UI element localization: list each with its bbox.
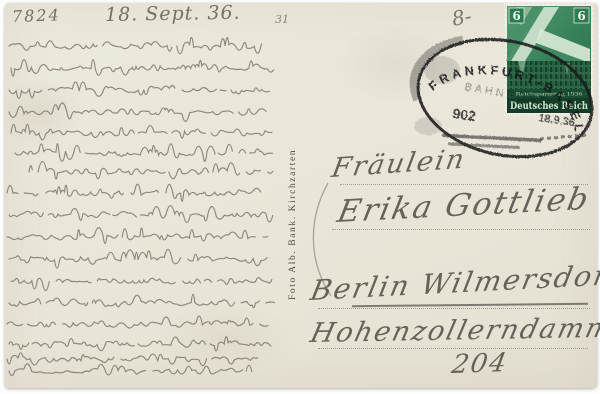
address-dotted-line	[318, 348, 588, 349]
postmark-train-number: 902	[452, 105, 478, 124]
handwritten-message-line	[9, 249, 267, 268]
handwritten-message-line	[7, 353, 258, 366]
handwritten-message-line	[29, 162, 273, 179]
address-house-number: 204	[449, 348, 510, 380]
pencil-number: 7824	[12, 5, 61, 26]
postmark-bar	[448, 142, 520, 149]
handwritten-message-line	[9, 337, 271, 351]
handwritten-message-line	[9, 206, 273, 223]
pencil-date: 18. Sept. 36.	[105, 2, 241, 26]
address-street: Hohenzollerndamm	[307, 313, 600, 349]
pen-underline	[352, 303, 588, 307]
handwritten-message-line	[9, 82, 269, 98]
address-dotted-line	[332, 229, 590, 230]
paper-stain	[0, 78, 85, 148]
postmark: FRANKFURT-BASEL BAHNPOST 902 18.9.36	[390, 18, 600, 178]
address-recipient-name: Erika Gottlieb	[334, 181, 593, 230]
handwritten-message-line	[11, 124, 272, 140]
handwritten-message-line	[11, 60, 274, 77]
handwritten-message-line	[7, 184, 261, 201]
pencil-small-number: 31	[275, 13, 289, 26]
postmark-smudge-blob	[414, 117, 442, 135]
handwritten-message-line	[11, 278, 272, 291]
handwritten-message-line	[7, 316, 268, 328]
handwritten-message-line	[9, 364, 252, 376]
handwritten-message-line	[9, 294, 275, 308]
handwritten-message-line	[9, 37, 262, 53]
address-city: Berlin Wilmersdorf	[308, 258, 600, 307]
paper-stain	[155, 303, 295, 373]
photographer-credit: Foto Alb. Bank. Kirchzarten	[288, 130, 304, 300]
handwritten-message-line	[15, 144, 272, 162]
address-dotted-line	[318, 308, 590, 309]
postmark-smudge-blob	[424, 56, 460, 84]
handwritten-message-line	[7, 228, 268, 244]
postcard-back: 7824 18. Sept. 36. 31 8- Foto Alb. Bank.…	[5, 3, 597, 388]
handwritten-message-line	[9, 103, 266, 121]
